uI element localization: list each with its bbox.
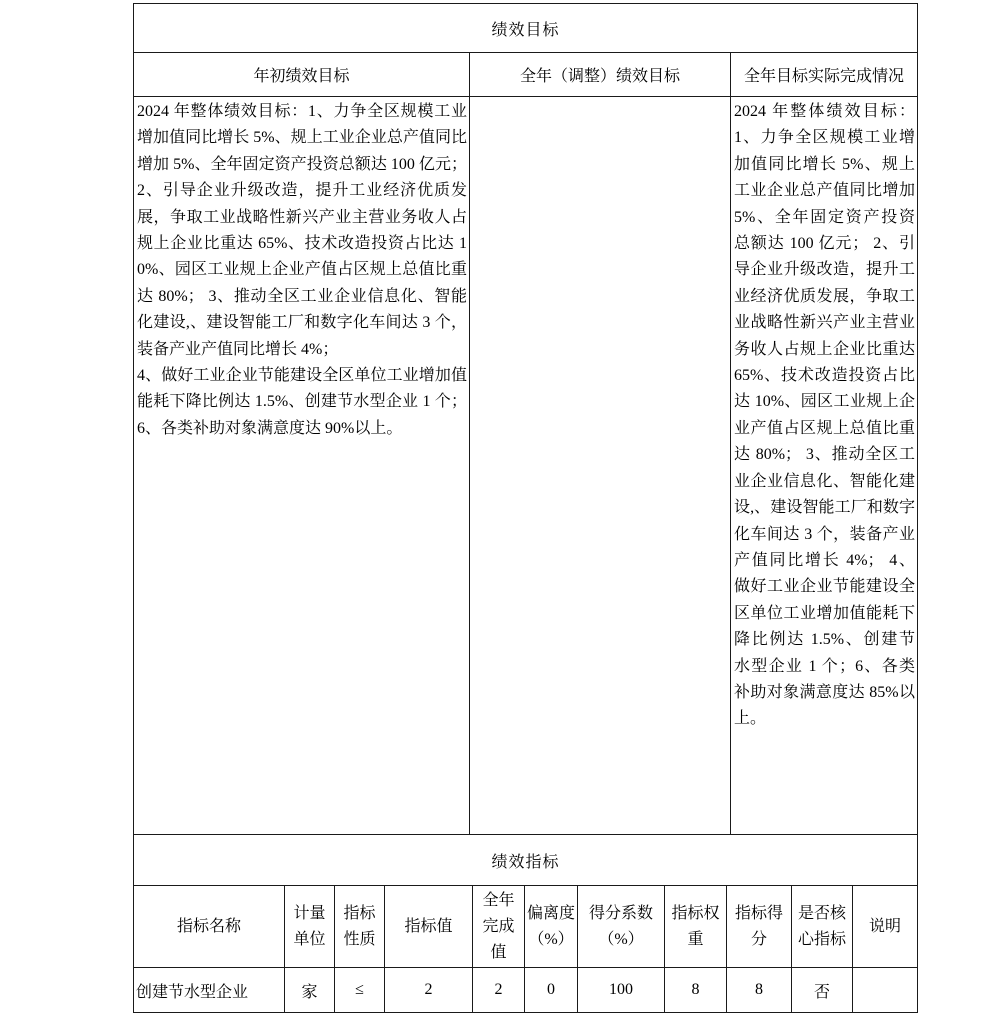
- col-header-annual-value: 全年 完成 值: [473, 886, 525, 968]
- indicator-section-title-row: 绩效指标: [134, 835, 918, 886]
- col-header-initial-target: 年初绩效目标: [134, 53, 470, 97]
- cell-indicator-value: 2: [385, 968, 473, 1013]
- cell-deviation: 0: [525, 968, 578, 1013]
- target-section-title-row: 绩效目标: [134, 4, 918, 53]
- cell-unit: 家: [285, 968, 335, 1013]
- actual-completion-text: 2024 年整体绩效目标：1、力争全区规模工业增加值同比增长 5%、规上工业企业…: [731, 97, 918, 835]
- cell-score-coefficient: 100: [578, 968, 665, 1013]
- col-header-is-core-indicator: 是否核 心指标: [792, 886, 853, 968]
- cell-indicator-name: 创建节水型企业: [134, 968, 285, 1013]
- col-header-deviation: 偏离度 （%）: [525, 886, 578, 968]
- indicator-section-title: 绩效指标: [134, 835, 918, 886]
- target-column-header-row: 年初绩效目标 全年（调整）绩效目标 全年目标实际完成情况: [134, 53, 918, 97]
- col-header-actual-completion: 全年目标实际完成情况: [731, 53, 918, 97]
- col-header-indicator-name: 指标名称: [134, 886, 285, 968]
- col-header-adjusted-target: 全年（调整）绩效目标: [470, 53, 731, 97]
- target-section-title: 绩效目标: [134, 4, 918, 53]
- col-header-remarks: 说明: [853, 886, 918, 968]
- cell-annual-value: 2: [473, 968, 525, 1013]
- adjusted-target-text: [470, 97, 731, 835]
- col-header-indicator-value: 指标值: [385, 886, 473, 968]
- indicator-data-row: 创建节水型企业 家 ≤ 2 2 0 100 8 8 否: [134, 968, 918, 1013]
- cell-indicator-weight: 8: [665, 968, 727, 1013]
- col-header-indicator-score: 指标得 分: [727, 886, 792, 968]
- col-header-unit: 计量 单位: [285, 886, 335, 968]
- indicator-header-row: 指标名称 计量 单位 指标 性质 指标值 全年 完成 值 偏离度 （%） 得分系…: [134, 886, 918, 968]
- performance-target-table: 绩效目标 年初绩效目标 全年（调整）绩效目标 全年目标实际完成情况 2024 年…: [133, 3, 918, 835]
- col-header-indicator-nature: 指标 性质: [335, 886, 385, 968]
- cell-is-core-indicator: 否: [792, 968, 853, 1013]
- initial-target-text: 2024 年整体绩效目标：1、力争全区规模工业增加值同比增长 5%、规上工业企业…: [134, 97, 470, 835]
- target-body-row: 2024 年整体绩效目标：1、力争全区规模工业增加值同比增长 5%、规上工业企业…: [134, 97, 918, 835]
- col-header-indicator-weight: 指标权 重: [665, 886, 727, 968]
- col-header-score-coefficient: 得分系数 （%）: [578, 886, 665, 968]
- performance-indicator-table: 绩效指标 指标名称 计量 单位 指标 性质 指标值 全年 完成 值 偏离度 （%…: [133, 834, 918, 1013]
- cell-indicator-nature: ≤: [335, 968, 385, 1013]
- cell-indicator-score: 8: [727, 968, 792, 1013]
- performance-report-page: 绩效目标 年初绩效目标 全年（调整）绩效目标 全年目标实际完成情况 2024 年…: [133, 3, 917, 1013]
- cell-remarks: [853, 968, 918, 1013]
